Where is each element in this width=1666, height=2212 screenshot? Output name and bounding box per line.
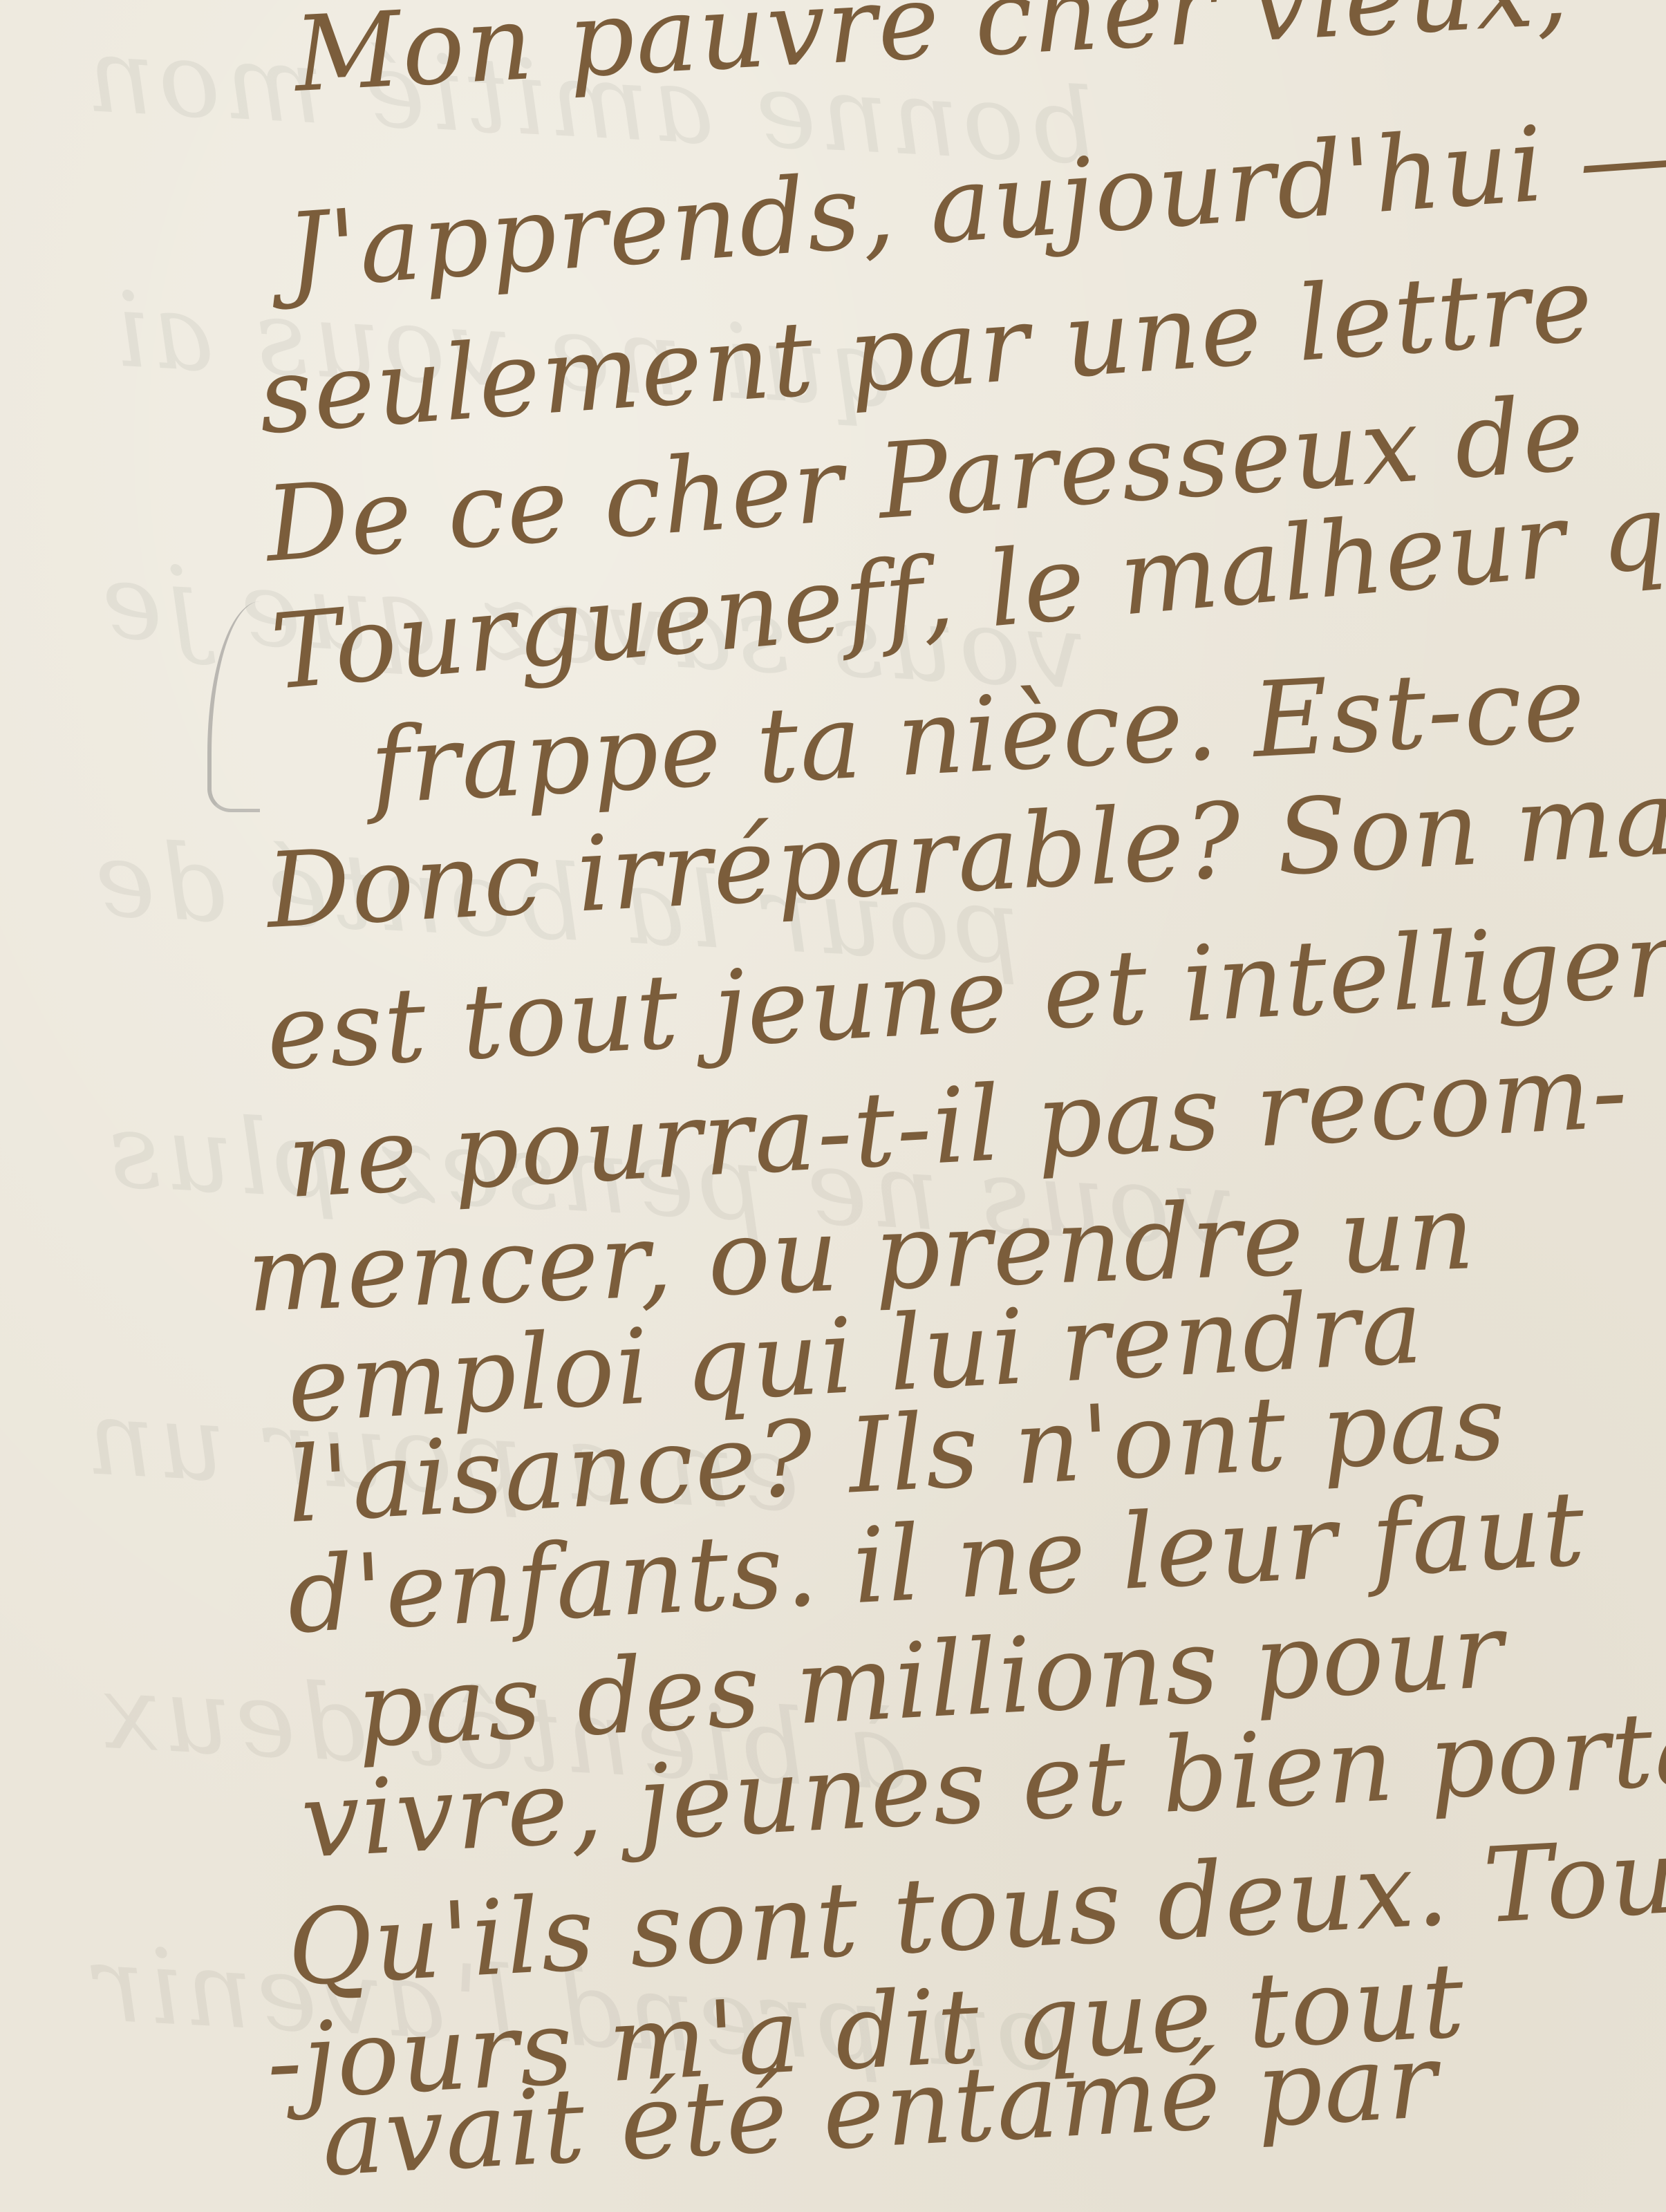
letter-body: Mon pauvre cher vieux,J'apprends, aujour… bbox=[0, 0, 1666, 2212]
handwritten-line: Mon pauvre cher vieux, bbox=[292, 0, 1572, 107]
